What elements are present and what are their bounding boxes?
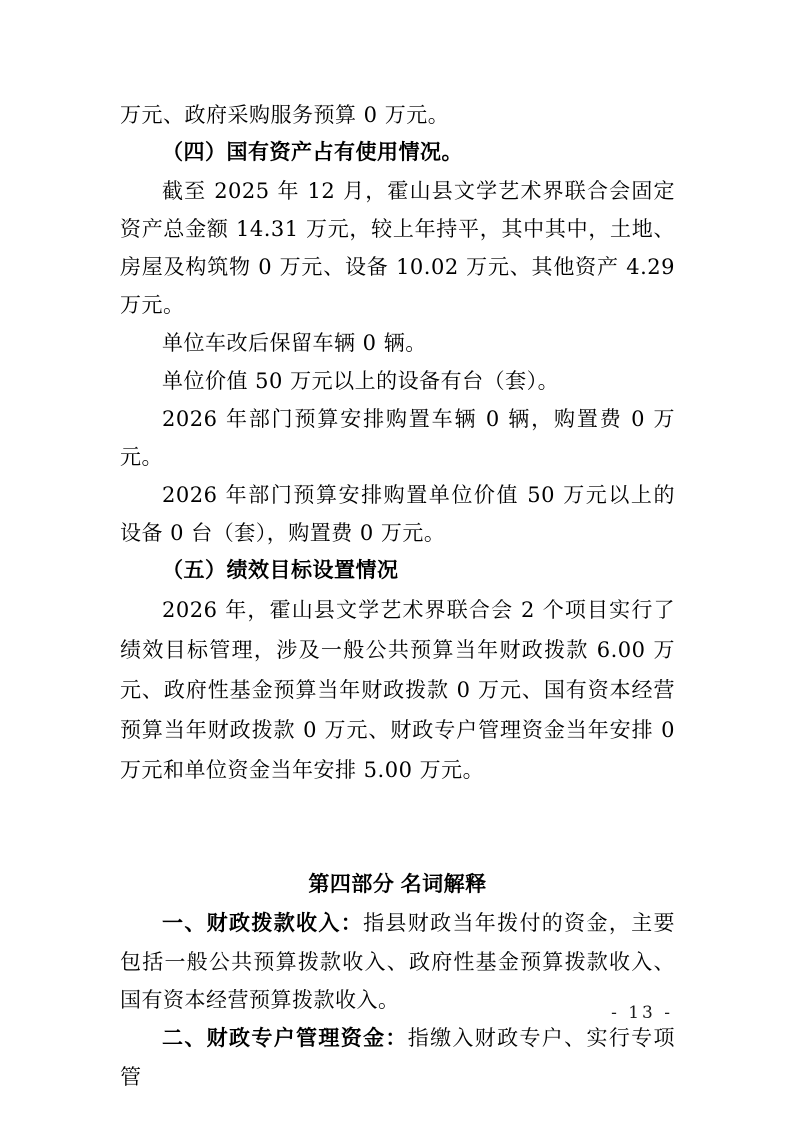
glossary-term-2-label: 二、财政专户管理资金： xyxy=(162,1027,408,1050)
paragraph-2026-vehicle-purchase: 2026 年部门预算安排购置车辆 0 辆，购置费 0 万元。 xyxy=(120,400,675,476)
paragraph-fixed-assets: 截至 2025 年 12 月，霍山县文学艺术界联合会固定资产总金额 14.31 … xyxy=(120,172,675,324)
paragraph-performance-targets: 2026 年，霍山县文学艺术界联合会 2 个项目实行了绩效目标管理，涉及一般公共… xyxy=(120,590,675,790)
paragraph-2026-equipment-purchase: 2026 年部门预算安排购置单位价值 50 万元以上的设备 0 台（套），购置费… xyxy=(120,476,675,552)
document-content: 万元、政府采购服务预算 0 万元。 （四）国有资产占有使用情况。 截至 2025… xyxy=(0,0,793,1096)
paragraph-retained-vehicles: 单位车改后保留车辆 0 辆。 xyxy=(120,324,675,362)
paragraph-equipment-over-50: 单位价值 50 万元以上的设备有台（套）。 xyxy=(120,362,675,400)
glossary-term-1: 一、财政拨款收入：指县财政当年拨付的资金，主要包括一般公共预算拨款收入、政府性基… xyxy=(120,904,675,1019)
page-number: - 13 - xyxy=(611,1003,673,1023)
paragraph-continuation: 万元、政府采购服务预算 0 万元。 xyxy=(120,96,675,134)
heading-section-five: （五）绩效目标设置情况 xyxy=(120,552,675,590)
heading-section-four: （四）国有资产占有使用情况。 xyxy=(120,134,675,172)
part-four-title: 第四部分 名词解释 xyxy=(120,866,675,904)
glossary-term-1-label: 一、财政拨款收入： xyxy=(162,912,363,935)
document-page: 万元、政府采购服务预算 0 万元。 （四）国有资产占有使用情况。 截至 2025… xyxy=(0,0,793,1122)
glossary-term-2: 二、财政专户管理资金：指缴入财政专户、实行专项管 xyxy=(120,1019,675,1096)
